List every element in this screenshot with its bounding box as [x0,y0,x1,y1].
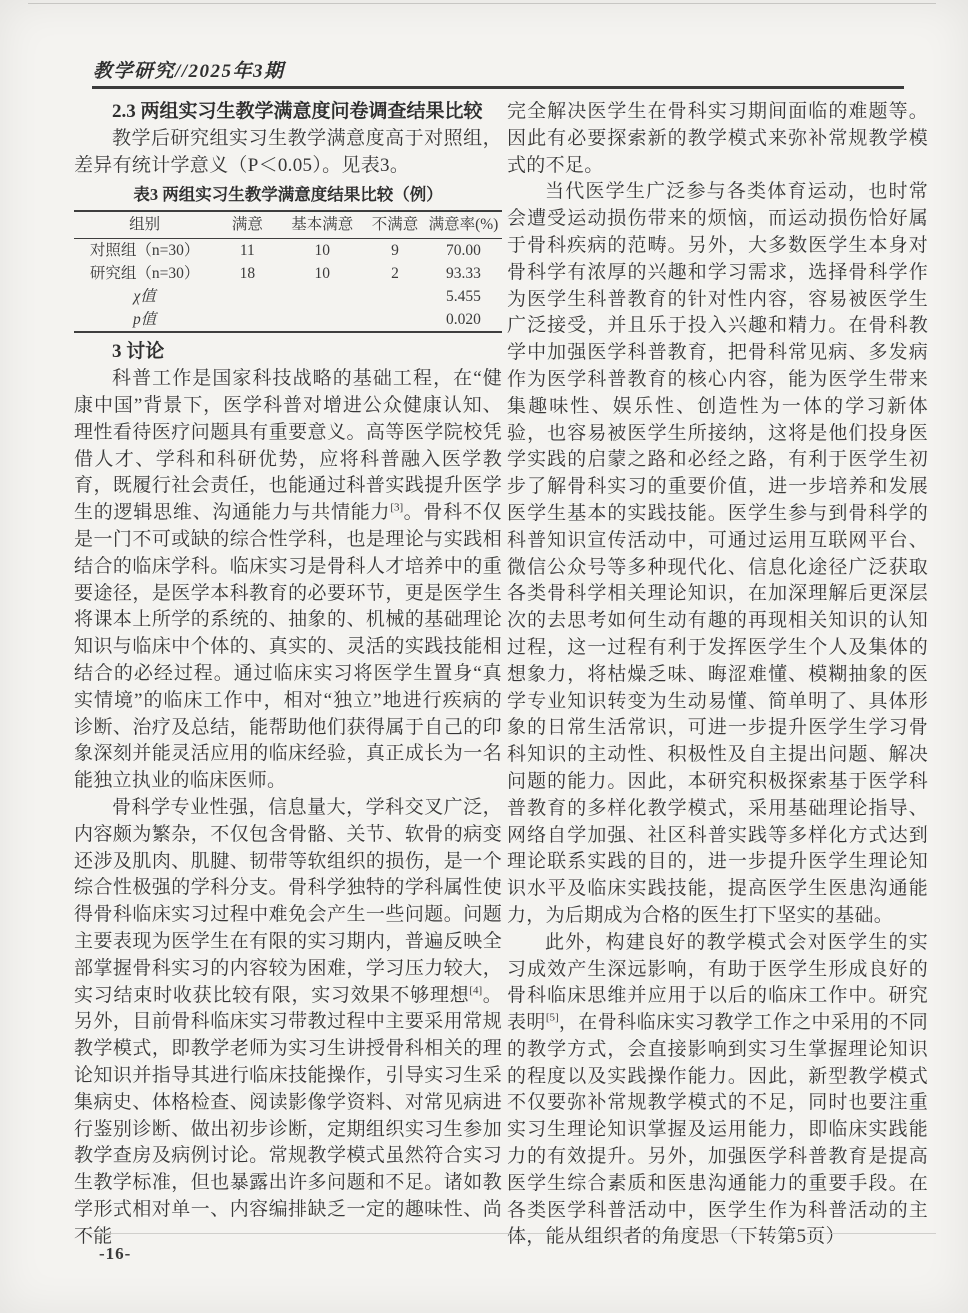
table-row-chi-value: χ值 5.455 [74,285,502,308]
discussion-paragraph-1: 科普工作是国家科技战略的基础工程，在“健康中国”背景下，医学科普对增进公众健康认… [74,366,502,795]
journal-page: 教学研究//2025年3期 2.3 两组实习生教学满意度问卷调查结果比较 教学后… [0,0,968,1313]
cell-value [215,308,279,332]
section-3-heading: 3 讨论 [74,339,502,366]
cell-value: 10 [279,239,365,263]
citation-ref-4: [4] [469,984,482,996]
cell-value: 70.00 [425,239,502,263]
cell-value: 10 [279,262,365,285]
paragraph-text: 科普工作是国家科技战略的基础工程，在“健康中国”背景下，医学科普对增进公众健康认… [74,368,502,523]
cell-value [279,308,365,332]
results-paragraph: 教学后研究组实习生教学满意度高于对照组，差异有统计学意义（P＜0.05）。见表3… [74,126,502,180]
table-3: 组别 满意 基本满意 不满意 满意率(%) 对照组（n=30） 11 10 9 … [74,210,502,333]
paragraph-text: 。骨科不仅是一门不可或缺的综合性学科，也是理论与实践相结合的临床学科。临床实习是… [74,502,502,791]
scan-artifact-bottom-line [88,1233,936,1234]
cell-value [365,285,425,308]
col-header-satisfaction-rate: 满意率(%) [425,211,502,239]
cell-group-label: 研究组（n=30） [74,262,215,285]
cell-value: 2 [365,262,425,285]
table-3-caption: 表3 两组实习生教学满意度结果比较（例） [74,182,502,207]
discussion-paragraph-2: 骨科学专业性强，信息量大，学科交叉广泛，内容颇为繁杂，不仅包含骨骼、关节、软骨的… [74,795,502,1251]
cell-value: 18 [215,262,279,285]
header-rule [92,86,904,89]
col-header-basically-satisfied: 基本满意 [279,211,365,239]
paragraph-text: 骨科学专业性强，信息量大，学科交叉广泛，内容颇为繁杂，不仅包含骨骼、关节、软骨的… [74,797,502,1006]
right-column: 完全解决医学生在骨科实习期间面临的难题等。因此有必要探索新的教学模式来弥补常规教… [507,99,928,1251]
continuation-paragraph: 完全解决医学生在骨科实习期间面临的难题等。因此有必要探索新的教学模式来弥补常规教… [507,99,928,179]
paragraph-text: 。另外，目前骨科临床实习带教过程中主要采用常规教学模式，即教学老师为实习生讲授骨… [74,985,502,1247]
discussion-paragraph-4: 此外，构建良好的教学模式会对医学生的实习成效产生深远影响，有助于医学生形成良好的… [507,930,928,1252]
paragraph-text: ，在骨科临床实习教学工作之中采用的不同的教学方式，会直接影响到实习生掌握理论知识… [507,1012,928,1247]
cell-value: 9 [365,239,425,263]
col-header-unsatisfied: 不满意 [365,211,425,239]
col-header-group: 组别 [74,211,215,239]
cell-value [279,285,365,308]
cell-value: 5.455 [425,285,502,308]
citation-ref-5: [5] [546,1012,559,1024]
discussion-paragraph-3: 当代医学生广泛参与各类体育运动，也时常会遭受运动损伤带来的烦恼，而运动损伤恰好属… [507,179,928,929]
scan-artifact-top-line [28,3,936,4]
table-row-control-group: 对照组（n=30） 11 10 9 70.00 [74,239,502,263]
col-header-satisfied: 满意 [215,211,279,239]
table-header-row: 组别 满意 基本满意 不满意 满意率(%) [74,211,502,239]
page-number: -16- [99,1244,131,1264]
table-row-study-group: 研究组（n=30） 18 10 2 93.33 [74,262,502,285]
cell-stat-label: p值 [74,308,215,332]
citation-ref-3: [3] [390,502,403,514]
table-row-p-value: p值 0.020 [74,308,502,332]
cell-stat-label: χ值 [74,285,215,308]
cell-group-label: 对照组（n=30） [74,239,215,263]
cell-value [215,285,279,308]
cell-value: 11 [215,239,279,263]
journal-running-head: 教学研究//2025年3期 [93,56,285,83]
section-2-3-heading: 2.3 两组实习生教学满意度问卷调查结果比较 [74,99,502,126]
cell-value: 0.020 [425,308,502,332]
cell-value: 93.33 [425,262,502,285]
cell-value [365,308,425,332]
left-column: 2.3 两组实习生教学满意度问卷调查结果比较 教学后研究组实习生教学满意度高于对… [74,99,502,1250]
